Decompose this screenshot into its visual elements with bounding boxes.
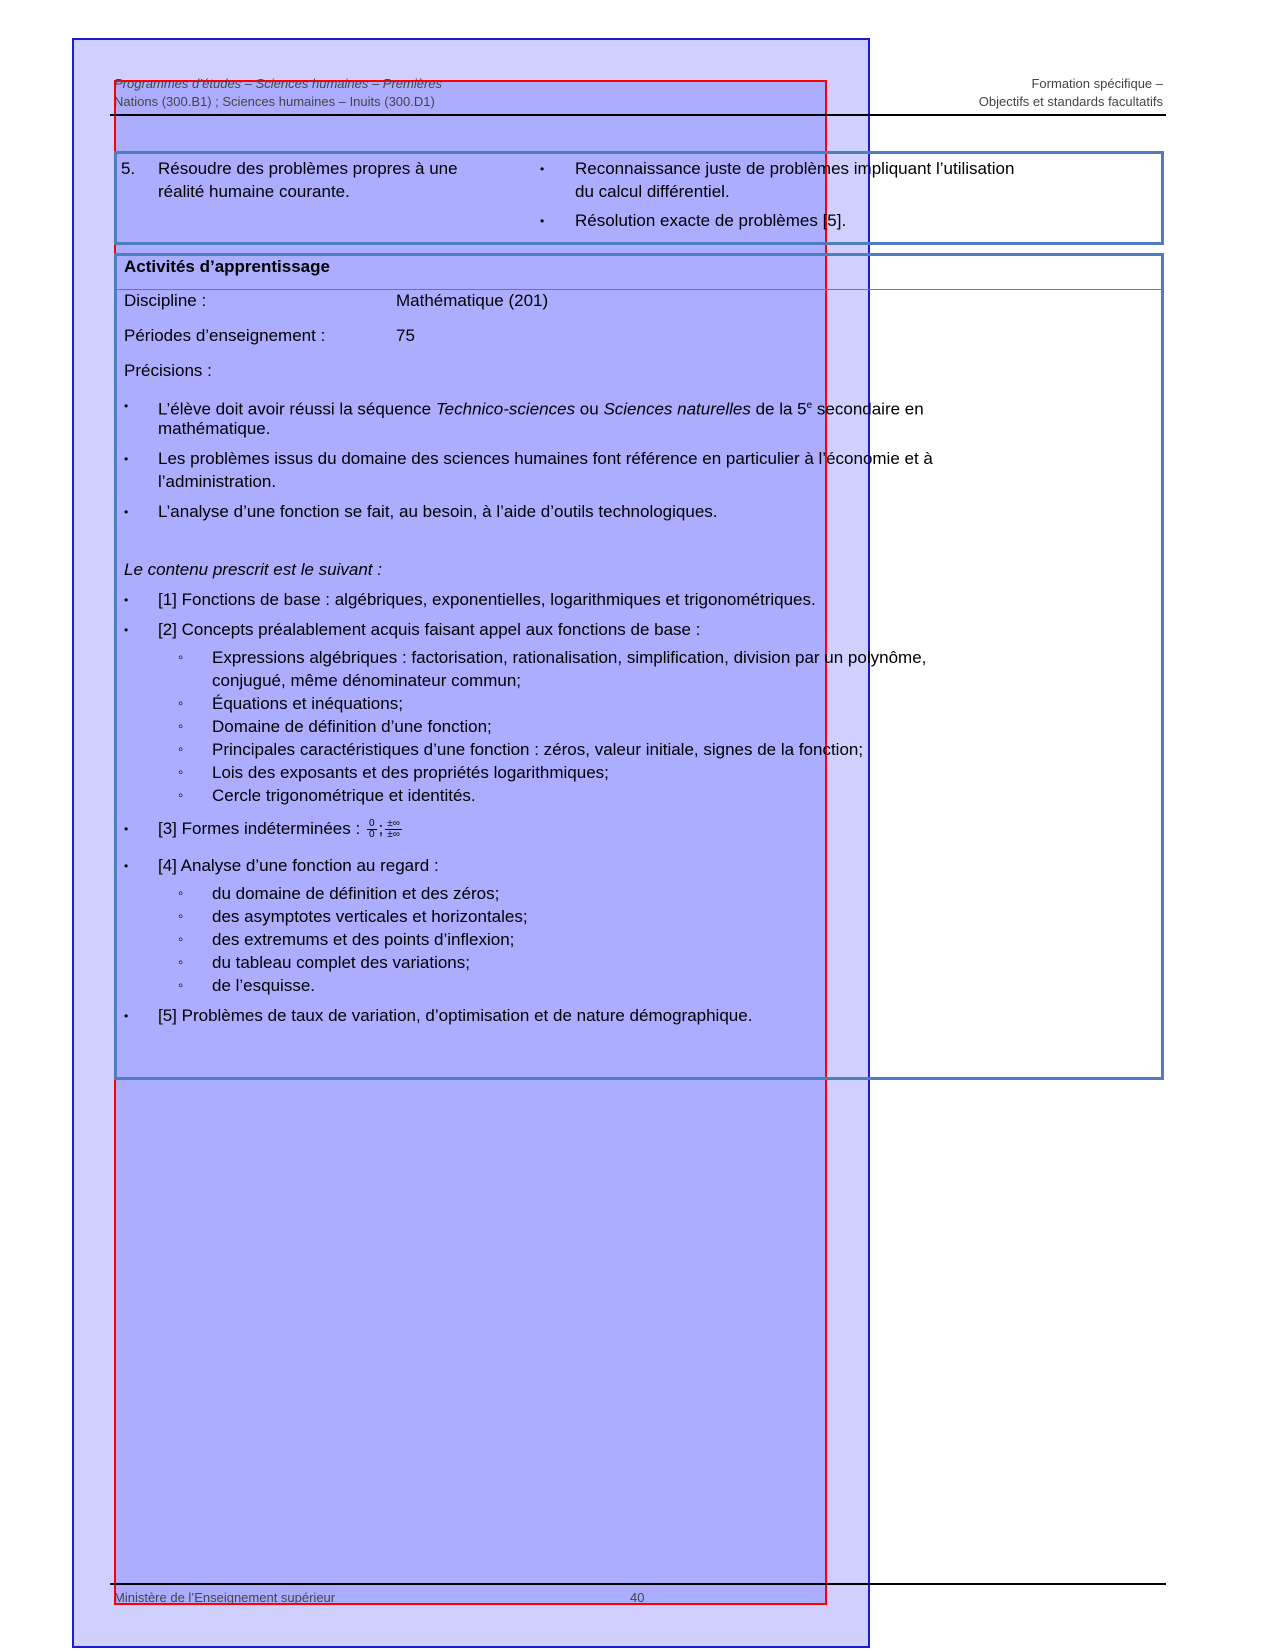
bullet-icon: •	[124, 855, 128, 877]
sub-bullet-icon: ◦	[178, 716, 183, 738]
bullet-icon: •	[124, 1005, 128, 1027]
precisions-label: Précisions :	[124, 360, 212, 382]
content-item-2: [2] Concepts préalablement acquis faisan…	[158, 619, 700, 641]
footer-ministry: Ministère de l’Enseignement supérieur	[114, 1590, 335, 1605]
content-item-2-sub-3: Domaine de définition d’une fonction;	[212, 716, 492, 738]
precision-1-line2: mathématique.	[158, 418, 270, 440]
discipline-label: Discipline :	[124, 290, 206, 312]
sub-bullet-icon: ◦	[178, 762, 183, 784]
activities-title: Activités d’apprentissage	[124, 256, 330, 278]
content-item-2-sub-1-line1: Expressions algébriques : factorisation,…	[212, 647, 926, 669]
criterion-2-line1: Résolution exacte de problèmes [5].	[575, 210, 846, 232]
sub-bullet-icon: ◦	[178, 739, 183, 761]
content-item-4-sub-3: des extremums et des points d’inflexion;	[212, 929, 514, 951]
content-intro: Le contenu prescrit est le suivant :	[124, 559, 382, 581]
content-item-4: [4] Analyse d’une fonction au regard :	[158, 855, 439, 877]
header-section-line1: Formation spécifique –	[1031, 76, 1163, 91]
precision-3-line1: L’analyse d’une fonction se fait, au bes…	[158, 501, 718, 523]
discipline-value: Mathématique (201)	[396, 290, 548, 312]
bullet-icon: •	[124, 619, 128, 641]
bullet-icon: •	[124, 448, 128, 470]
periods-label: Périodes d’enseignement :	[124, 325, 325, 347]
sub-bullet-icon: ◦	[178, 929, 183, 951]
footer-rule	[110, 1583, 1166, 1585]
page-number: 40	[630, 1590, 644, 1605]
bullet-icon: •	[540, 210, 544, 232]
sub-bullet-icon: ◦	[178, 975, 183, 997]
bullet-icon: •	[124, 589, 128, 611]
bullet-icon: •	[124, 501, 128, 523]
sub-bullet-icon: ◦	[178, 952, 183, 974]
content-item-2-sub-2: Équations et inéquations;	[212, 693, 403, 715]
content-item-4-sub-2: des asymptotes verticales et horizontale…	[212, 906, 528, 928]
bullet-icon: •	[124, 395, 128, 417]
sub-bullet-icon: ◦	[178, 693, 183, 715]
objective-number: 5.	[121, 158, 135, 180]
bullet-icon: •	[124, 818, 128, 840]
precision-2-line1: Les problèmes issus du domaine des scien…	[158, 448, 933, 470]
fraction-infinity-over-infinity: ±∞±∞	[385, 819, 402, 840]
sub-bullet-icon: ◦	[178, 883, 183, 905]
sub-bullet-icon: ◦	[178, 647, 183, 669]
fraction-zero-over-zero: 00	[367, 819, 377, 840]
criterion-1-line1: Reconnaissance juste de problèmes impliq…	[575, 158, 1014, 180]
precision-2-line2: l’administration.	[158, 471, 276, 493]
content-item-2-sub-6: Cercle trigonométrique et identités.	[212, 785, 476, 807]
content-item-3: [3] Formes indéterminées : 00;±∞±∞	[158, 818, 404, 840]
header-rule	[110, 114, 1166, 116]
content-item-2-sub-4: Principales caractéristiques d’une fonct…	[212, 739, 863, 761]
header-program-line1: Programmes d’études – Sciences humaines …	[114, 76, 442, 91]
sub-bullet-icon: ◦	[178, 906, 183, 928]
header-program-line2: Nations (300.B1) ; Sciences humaines – I…	[114, 94, 435, 109]
periods-value: 75	[396, 325, 415, 347]
sub-bullet-icon: ◦	[178, 785, 183, 807]
content-item-4-sub-1: du domaine de définition et des zéros;	[212, 883, 499, 905]
criterion-1-line2: du calcul différentiel.	[575, 181, 730, 203]
header-section-line2: Objectifs et standards facultatifs	[979, 94, 1163, 109]
content-item-5: [5] Problèmes de taux de variation, d’op…	[158, 1005, 752, 1027]
objective-text-line2: réalité humaine courante.	[158, 181, 350, 203]
objective-text-line1: Résoudre des problèmes propres à une	[158, 158, 458, 180]
content-item-2-sub-1-line2: conjugué, même dénominateur commun;	[212, 670, 521, 692]
content-item-4-sub-4: du tableau complet des variations;	[212, 952, 470, 974]
content-item-2-sub-5: Lois des exposants et des propriétés log…	[212, 762, 609, 784]
precision-1-line1: L’élève doit avoir réussi la séquence Te…	[158, 395, 924, 421]
bullet-icon: •	[540, 158, 544, 180]
content-item-4-sub-5: de l’esquisse.	[212, 975, 315, 997]
content-item-1: [1] Fonctions de base : algébriques, exp…	[158, 589, 816, 611]
